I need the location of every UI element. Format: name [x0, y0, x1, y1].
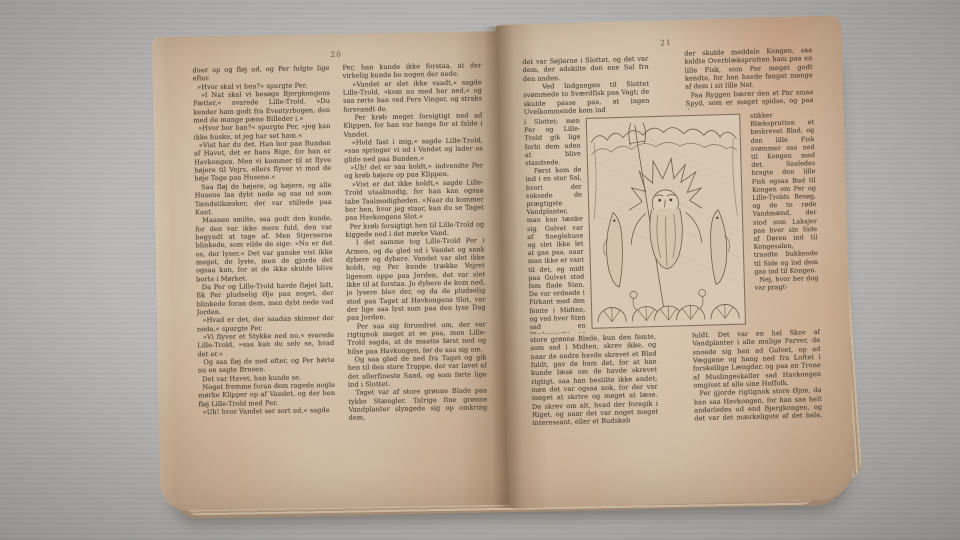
right-page-col2-bottom: fuldt. Det var en hel Skov af Vandplante…: [692, 328, 823, 424]
left-page-number: 20: [190, 47, 482, 61]
photo-background: 20 duer op og fløj ud, og Per fulgte lig…: [0, 0, 960, 540]
sea-king-engraving-svg: [584, 112, 748, 330]
right-page-col2-side: stikker Blæksprutten et beskrevet Blad, …: [750, 110, 820, 328]
left-page: 20 duer op og fløj ud, og Per fulgte lig…: [152, 31, 509, 511]
left-page-column-2: Per, han kunde ikke forstaa, at der virk…: [342, 61, 488, 467]
open-book: 20 duer op og fløj ud, og Per fulgte lig…: [0, 0, 960, 540]
sea-king-illustration: [584, 112, 748, 330]
right-page-col1-bottom: store grønne Blade, kun den femte, som s…: [530, 333, 659, 428]
left-page-column-1: duer op og fløj ud, og Per fulgte lige e…: [192, 64, 336, 470]
right-page-col1-top: det var Søjlerne i Slottet, og det var d…: [522, 55, 650, 116]
right-page: 21 det var Søjlerne i Slottet, og det va…: [495, 15, 854, 508]
right-page-col2-top: der skulde meddele Kongen, saa kaldte Ov…: [684, 46, 814, 110]
right-page-col1-side: i Slottet; men Per og Lille-Trold gik li…: [524, 117, 586, 334]
